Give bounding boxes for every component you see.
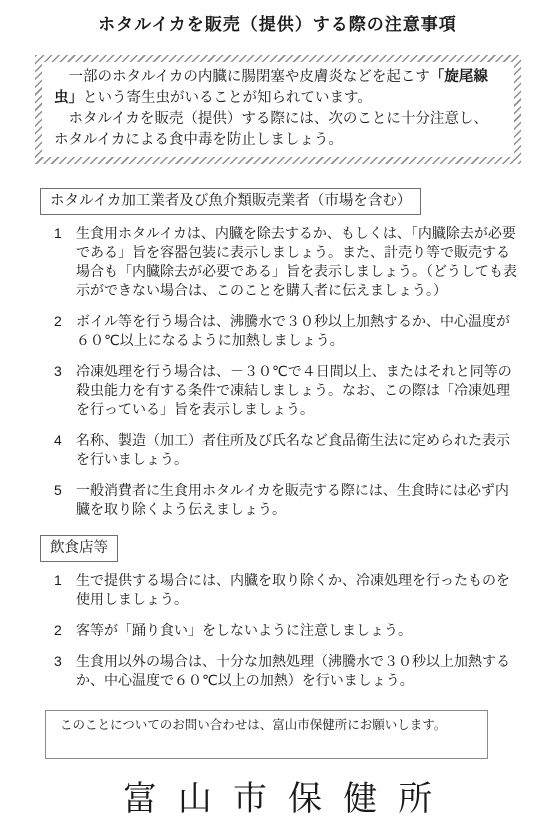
section-heading-restaurants: 飲食店等 <box>40 535 118 562</box>
item-text: 生食用以外の場合は、十分な加熱処理（沸騰水で３０秒以上加熱するか、中心温度で６０… <box>76 653 510 688</box>
item-text: 冷凍処理を行う場合は、－３０℃で４日間以上、またはそれと同等の殺虫能力を有する条… <box>76 363 512 417</box>
section-heading-wrap: ホタルイカ加工業者及び魚介類販売業者（市場を含む） <box>40 188 521 215</box>
item-text: 生食用ホタルイカは、内臓を除去するか、もしくは、「内臓除去が必要である」旨を容器… <box>76 225 517 298</box>
document-page: ホタルイカを販売（提供）する際の注意事項 一部のホタルイカの内臓に腸閉塞や皮膚炎… <box>0 0 555 837</box>
item-number: 5 <box>54 481 64 500</box>
intro-notice-box: 一部のホタルイカの内臓に腸閉塞や皮膚炎などを起こす「旋尾線虫」という寄生虫がいる… <box>35 55 521 164</box>
list-item: 1生で提供する場合には、内臓を取り除くか、冷凍処理を行ったものを使用しましょう。 <box>40 571 521 609</box>
section-items: 1生で提供する場合には、内臓を取り除くか、冷凍処理を行ったものを使用しましょう。… <box>40 571 521 690</box>
list-item: 3生食用以外の場合は、十分な加熱処理（沸騰水で３０秒以上加熱するか、中心温度で６… <box>40 652 521 690</box>
item-text: 客等が「踊り食い」をしないように注意しましょう。 <box>76 622 412 638</box>
list-item: 5一般消費者に生食用ホタルイカを販売する際には、生食時には必ず内臓を取り除くよう… <box>40 481 521 519</box>
item-text: 生で提供する場合には、内臓を取り除くか、冷凍処理を行ったものを使用しましょう。 <box>76 572 510 607</box>
intro-paragraph-1-after: という寄生虫がいることが知られています。 <box>83 90 372 106</box>
item-number: 1 <box>54 224 64 243</box>
item-number: 1 <box>54 571 64 590</box>
item-number: 2 <box>54 312 64 331</box>
section-heading-processors-sellers: ホタルイカ加工業者及び魚介類販売業者（市場を含む） <box>40 188 421 215</box>
item-text: 一般消費者に生食用ホタルイカを販売する際には、生食時には必ず内臓を取り除くよう伝… <box>76 482 509 517</box>
item-number: 4 <box>54 431 64 450</box>
contact-info-box: このことについてのお問い合わせは、富山市保健所にお願いします。 <box>45 710 488 759</box>
item-text: ボイル等を行う場合は、沸騰水で３０秒以上加熱するか、中心温度が６０℃以上になるよ… <box>76 313 510 348</box>
list-item: 1生食用ホタルイカは、内臓を除去するか、もしくは、「内臓除去が必要である」旨を容… <box>40 224 521 300</box>
page-title: ホタルイカを販売（提供）する際の注意事項 <box>0 13 555 37</box>
item-text: 名称、製造（加工）者住所及び氏名など食品衛生法に定められた表示を行いましょう。 <box>76 432 510 467</box>
section-heading-wrap: 飲食店等 <box>40 535 521 562</box>
intro-paragraph-2: ホタルイカを販売（提供）する際には、次のことに十分注意し、ホタルイカによる食中毒… <box>54 109 502 151</box>
item-number: 2 <box>54 621 64 640</box>
section-items: 1生食用ホタルイカは、内臓を除去するか、もしくは、「内臓除去が必要である」旨を容… <box>40 224 521 519</box>
intro-paragraph-1: 一部のホタルイカの内臓に腸閉塞や皮膚炎などを起こす「旋尾線虫」という寄生虫がいる… <box>54 67 502 109</box>
item-number: 3 <box>54 652 64 671</box>
item-number: 3 <box>54 362 64 381</box>
list-item: 3冷凍処理を行う場合は、－３０℃で４日間以上、またはそれと同等の殺虫能力を有する… <box>40 362 521 419</box>
list-item: 2ボイル等を行う場合は、沸騰水で３０秒以上加熱するか、中心温度が６０℃以上になる… <box>40 312 521 350</box>
organization-name: 富山市保健所 <box>0 778 555 820</box>
contact-info-text: このことについてのお問い合わせは、富山市保健所にお願いします。 <box>60 718 446 732</box>
section-restaurants: 飲食店等 1生で提供する場合には、内臓を取り除くか、冷凍処理を行ったものを使用し… <box>40 535 521 690</box>
list-item: 2客等が「踊り食い」をしないように注意しましょう。 <box>40 621 521 640</box>
intro-paragraph-1-before: 一部のホタルイカの内臓に腸閉塞や皮膚炎などを起こす <box>69 69 430 85</box>
section-processors-sellers: ホタルイカ加工業者及び魚介類販売業者（市場を含む） 1生食用ホタルイカは、内臓を… <box>40 188 521 519</box>
list-item: 4名称、製造（加工）者住所及び氏名など食品衛生法に定められた表示を行いましょう。 <box>40 431 521 469</box>
